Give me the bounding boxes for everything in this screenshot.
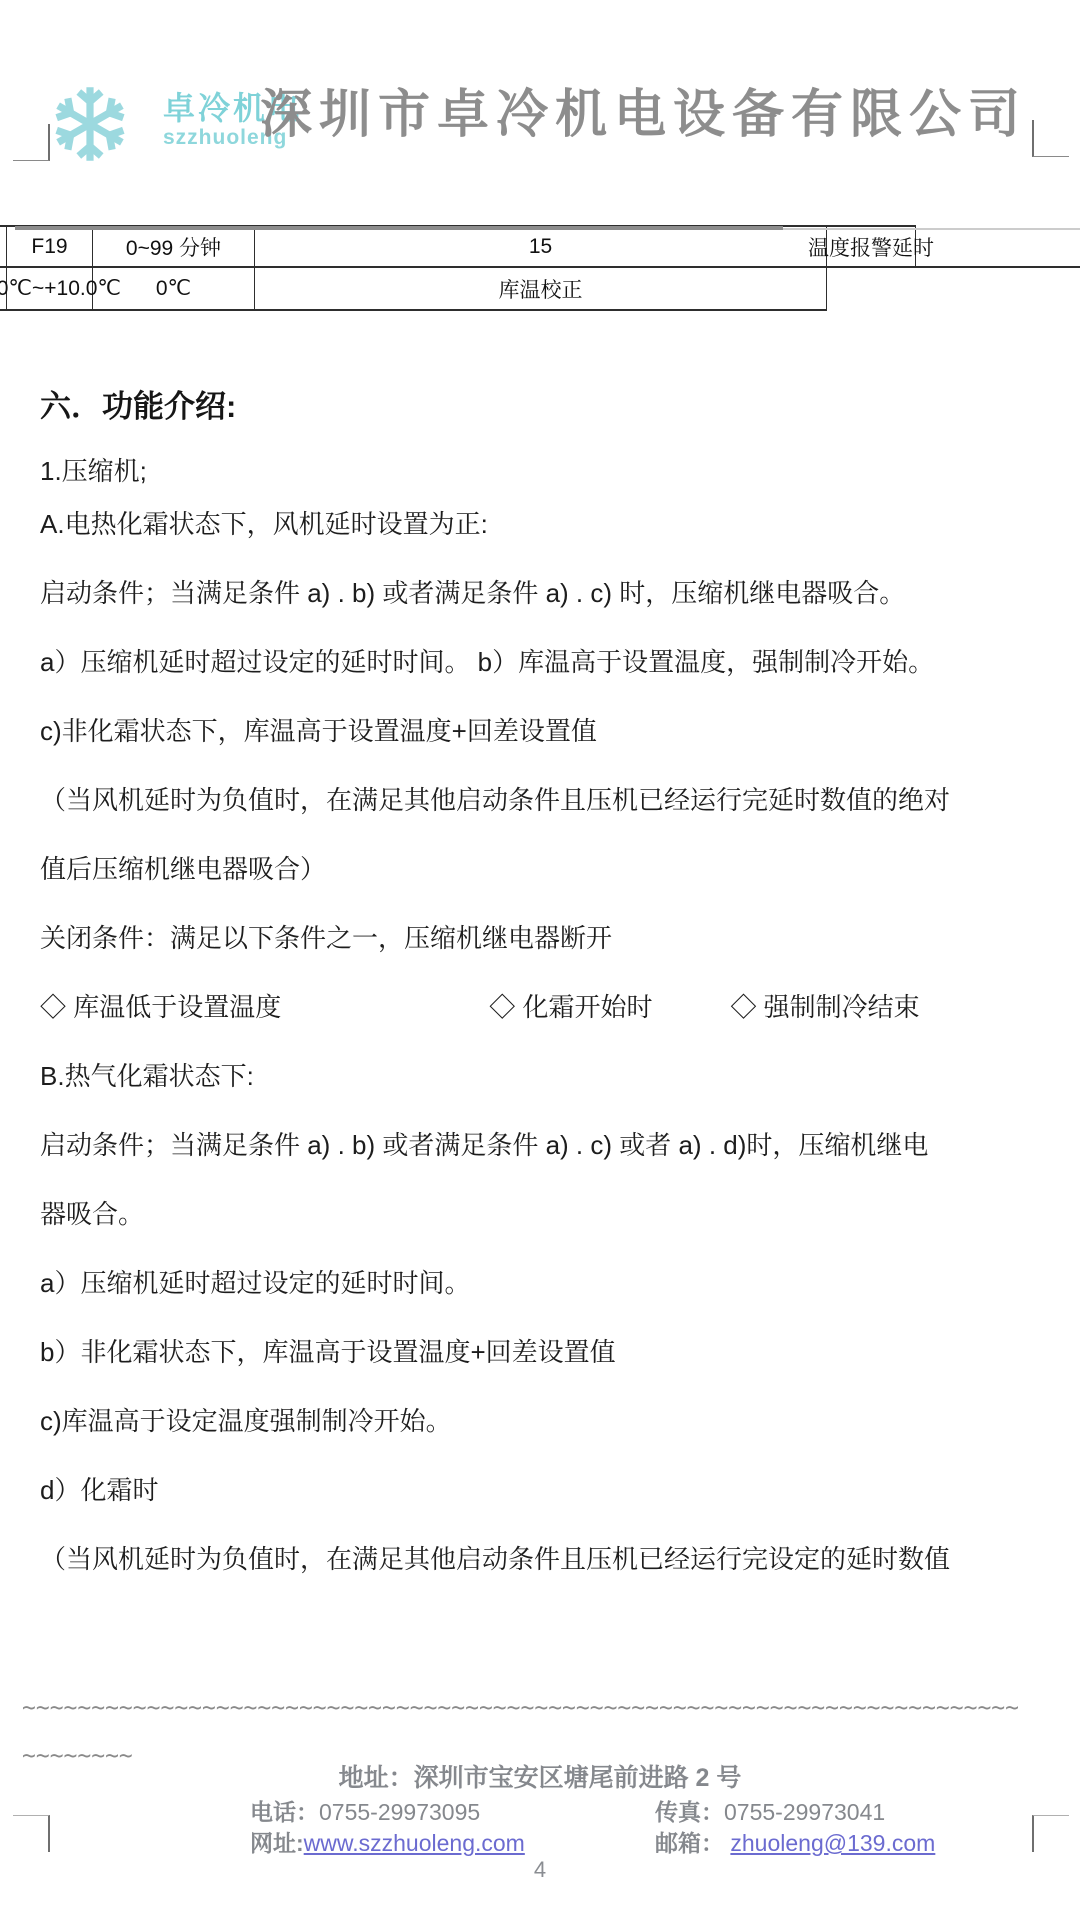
paragraph-line-diamond-list: ◇ 库温低于设置温度 ◇ 化霜开始时 ◇ 强制制冷结束 bbox=[40, 973, 1050, 1042]
footer-address: 地址：深圳市宝安区塘尾前进路 2 号 bbox=[0, 1758, 1080, 1794]
footer-email: 邮箱： zhuoleng@139.com bbox=[655, 1825, 935, 1858]
website-label: 网址: bbox=[250, 1830, 304, 1856]
paragraph-line: 器吸合。 bbox=[40, 1180, 1050, 1249]
email-label: 邮箱： bbox=[655, 1830, 724, 1856]
footer-website: 网址:www.szzhuoleng.com bbox=[250, 1825, 525, 1858]
table-cell-default: 15 bbox=[255, 225, 827, 268]
paragraph-line: c)非化霜状态下，库温高于设置温度+回差设置值 bbox=[40, 697, 1050, 766]
scan-artifact-line bbox=[15, 226, 783, 230]
table-cell-name: 温度报警延时 bbox=[827, 225, 916, 268]
table-cell-name: 库温校正 bbox=[255, 268, 827, 311]
table-cell-code: F19 bbox=[7, 225, 93, 268]
paragraph-line: d）化霜时 bbox=[40, 1456, 1050, 1525]
fax-value: 0755-29973041 bbox=[724, 1799, 885, 1825]
footer-email-link[interactable]: zhuoleng@139.com bbox=[730, 1830, 935, 1856]
footer-fax: 传真：0755-29973041 bbox=[655, 1794, 885, 1827]
paragraph-line: （当风机延时为负值时，在满足其他启动条件且压机已经运行完延时数值的绝对 bbox=[40, 766, 1050, 835]
tilde-line: ~~~~~~~~~~~~~~~~~~~~~~~~~~~~~~~~~~~~~~~~… bbox=[22, 1684, 1019, 1732]
address-value: 深圳市宝安区塘尾前进路 2 号 bbox=[414, 1764, 742, 1792]
table-cell-range: 0~99 分钟 bbox=[93, 225, 255, 268]
page-number: 4 bbox=[0, 1857, 1080, 1883]
paragraph-line: 启动条件；当满足条件 a) . b) 或者满足条件 a) . c) 时，压缩机继… bbox=[40, 559, 1050, 628]
snowflake-icon bbox=[50, 74, 130, 179]
paragraph-line: b）非化霜状态下，库温高于设置温度+回差设置值 bbox=[40, 1318, 1050, 1387]
paragraph-line: a）压缩机延时超过设定的延时时间。 b）库温高于设置温度，强制制冷开始。 bbox=[40, 628, 1050, 697]
phone-value: 0755-29973095 bbox=[319, 1799, 480, 1825]
paragraph-line: 值后压缩机继电器吸合） bbox=[40, 835, 1050, 904]
crop-mark-bottom-right bbox=[1032, 1815, 1069, 1852]
crop-mark-bottom-left bbox=[13, 1815, 50, 1852]
paragraph-line: a）压缩机延时超过设定的延时时间。 bbox=[40, 1249, 1050, 1318]
body-text: A.电热化霜状态下，风机延时设置为正: 启动条件；当满足条件 a) . b) 或… bbox=[40, 490, 1050, 1594]
document-page: 卓冷机电 szzhuoleng 深圳市卓冷机电设备有限公司 F19 0~99 分… bbox=[0, 0, 1080, 1930]
paragraph-line: 启动条件；当满足条件 a) . b) 或者满足条件 a) . c) 或者 a) … bbox=[40, 1111, 1050, 1180]
paragraph-line: B.热气化霜状态下: bbox=[40, 1042, 1050, 1111]
table-cell-default: 0℃ bbox=[93, 268, 255, 311]
paragraph-line: c)库温高于设定温度强制制冷开始。 bbox=[40, 1387, 1050, 1456]
table-cell-empty bbox=[0, 225, 7, 268]
scan-artifact-line-light bbox=[783, 228, 1080, 230]
fax-label: 传真： bbox=[655, 1799, 724, 1825]
address-label: 地址： bbox=[339, 1764, 414, 1792]
section-heading: 六．功能介绍: bbox=[40, 381, 236, 426]
footer-website-link[interactable]: www.szzhuoleng.com bbox=[304, 1830, 525, 1856]
paragraph-line: 关闭条件：满足以下条件之一，压缩机继电器断开 bbox=[40, 904, 1050, 973]
table-cell-empty bbox=[916, 225, 1080, 268]
paragraph-line: （当风机延时为负值时，在满足其他启动条件且压机已经运行完设定的延时数值 bbox=[40, 1525, 1050, 1594]
paragraph-line: A.电热化霜状态下，风机延时设置为正: bbox=[40, 490, 1050, 559]
crop-mark-top-right bbox=[1032, 120, 1069, 157]
phone-label: 电话： bbox=[250, 1799, 319, 1825]
company-title: 深圳市卓冷机电设备有限公司 bbox=[260, 72, 1027, 147]
crop-mark-top-left bbox=[13, 124, 50, 161]
footer-phone: 电话：0755-29973095 bbox=[250, 1794, 480, 1827]
section-subheading: 1.压缩机; bbox=[40, 451, 147, 488]
table-cell-range: -10℃~+10.0℃ bbox=[7, 268, 93, 311]
parameter-table: F19 0~99 分钟 15 温度报警延时 F20 -10℃~+10.0℃ 0℃… bbox=[0, 225, 1080, 311]
